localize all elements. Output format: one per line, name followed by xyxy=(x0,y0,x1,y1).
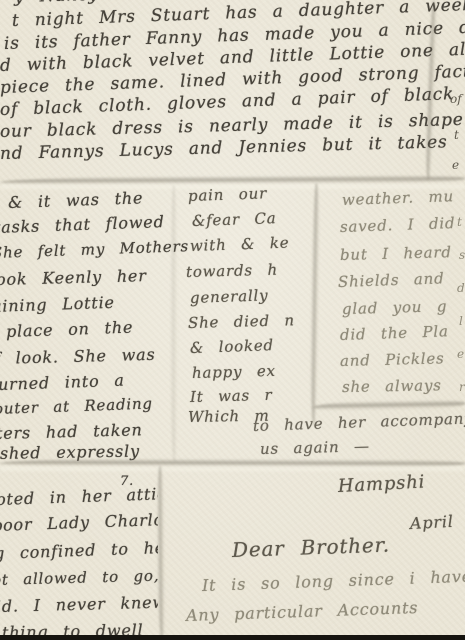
handwriting-line: She felt my Mothers xyxy=(0,237,189,262)
paper-piece-center-column: pain our &fear Ca with & ke towards h ge… xyxy=(176,185,314,425)
handwriting-line: t night Mrs Stuart has a daughter a week xyxy=(12,0,465,31)
handwriting-line: with & ke xyxy=(190,234,290,255)
handwriting-line: oted in her attic xyxy=(0,484,158,509)
handwriting-line: glad you g xyxy=(342,297,448,318)
letter-body-line: It is so long since i have xyxy=(202,567,465,595)
handwriting-line: Shields and xyxy=(338,269,445,291)
letter-place: Hampshi xyxy=(337,471,425,497)
paper-piece-bottom-left: 7. oted in her attic poor Lady Charlo. g… xyxy=(0,468,158,640)
handwriting-line: urned into a xyxy=(0,371,125,394)
handwriting-line: of black cloth. gloves and a pair of bla… xyxy=(0,84,455,120)
handwriting-line: & looked xyxy=(190,336,275,357)
handwriting-line: d with black velvet and little Lottie on… xyxy=(0,39,465,76)
edge-fragment: d xyxy=(457,281,465,295)
handwriting-line: ook Keenly her xyxy=(0,266,147,289)
handwriting-line: happy ex xyxy=(192,362,276,382)
handwriting-line: our black dress is nearly made it is sha… xyxy=(0,110,464,142)
handwriting-mark: 7. xyxy=(120,474,134,489)
letter-salutation: Dear Brother. xyxy=(232,532,391,561)
edge-fragment: s xyxy=(459,248,465,262)
edge-fragment: r xyxy=(459,380,465,394)
handwriting-line: & it was the xyxy=(8,188,144,212)
edge-fragment: e xyxy=(457,347,464,361)
paper-piece-right-column: weather. mu saved. I did but I heard Shi… xyxy=(320,185,465,405)
handwriting-line: towards h xyxy=(186,261,278,281)
torn-edge xyxy=(424,0,438,180)
handwriting-line: y Nancy Stuart is nearly xyxy=(14,0,279,7)
handwriting-line: did the Pla xyxy=(340,322,449,344)
handwriting-line: She died n xyxy=(188,311,295,332)
paper-strip-overlay: to have her accompany us again — xyxy=(0,405,465,465)
wallpaper-canvas: y Nancy Stuart is nearly t night Mrs Stu… xyxy=(0,0,465,640)
photo-bottom-border xyxy=(0,635,465,640)
letter-body-line: Any particular Accounts xyxy=(186,598,419,625)
handwriting-line: id. I never knew xyxy=(0,593,158,616)
handwriting-line: g confined to her xyxy=(0,538,158,563)
edge-fragment: t xyxy=(457,215,462,229)
handwriting-line: us again — xyxy=(260,437,370,458)
handwriting-line: ot allowed to go, the xyxy=(0,566,158,589)
edge-fragment: l xyxy=(459,314,463,328)
handwriting-line: aining Lottie xyxy=(0,293,115,316)
handwriting-line: and Pickles xyxy=(340,349,445,370)
handwriting-line: piece the same. lined with good strong f… xyxy=(0,61,465,98)
letter-date: April xyxy=(410,512,455,533)
handwriting-line: place on the xyxy=(6,318,134,341)
handwriting-line: tasks that flowed xyxy=(0,212,165,237)
handwriting-line: &fear Ca xyxy=(192,209,277,230)
handwriting-line: generally xyxy=(190,286,269,307)
handwriting-line: to have her accompany xyxy=(253,409,465,435)
handwriting-line: is its father Fanny has made you a nice … xyxy=(4,17,465,54)
handwriting-line: f look. She was xyxy=(0,345,156,368)
paper-piece-letter: Hampshi April Dear Brother. It is so lon… xyxy=(166,468,465,640)
edge-fragment: e xyxy=(452,158,459,172)
handwriting-line: nd Fannys Lucys and Jennies but it takes xyxy=(0,132,448,164)
handwriting-line: poor Lady Charlo. xyxy=(0,510,158,535)
handwriting-line: pain our xyxy=(188,185,268,205)
handwriting-line: she always xyxy=(342,376,442,396)
handwriting-line: but I heard xyxy=(340,243,452,264)
handwriting-line: weather. mu xyxy=(342,187,455,209)
torn-edge xyxy=(156,466,166,640)
edge-fragment: t xyxy=(454,128,459,142)
handwriting-line: saved. I did xyxy=(340,214,456,236)
edge-fragment: of xyxy=(450,92,462,106)
handwriting-line: It was r xyxy=(190,386,273,406)
paper-piece-top-letter: y Nancy Stuart is nearly t night Mrs Stu… xyxy=(0,0,465,180)
